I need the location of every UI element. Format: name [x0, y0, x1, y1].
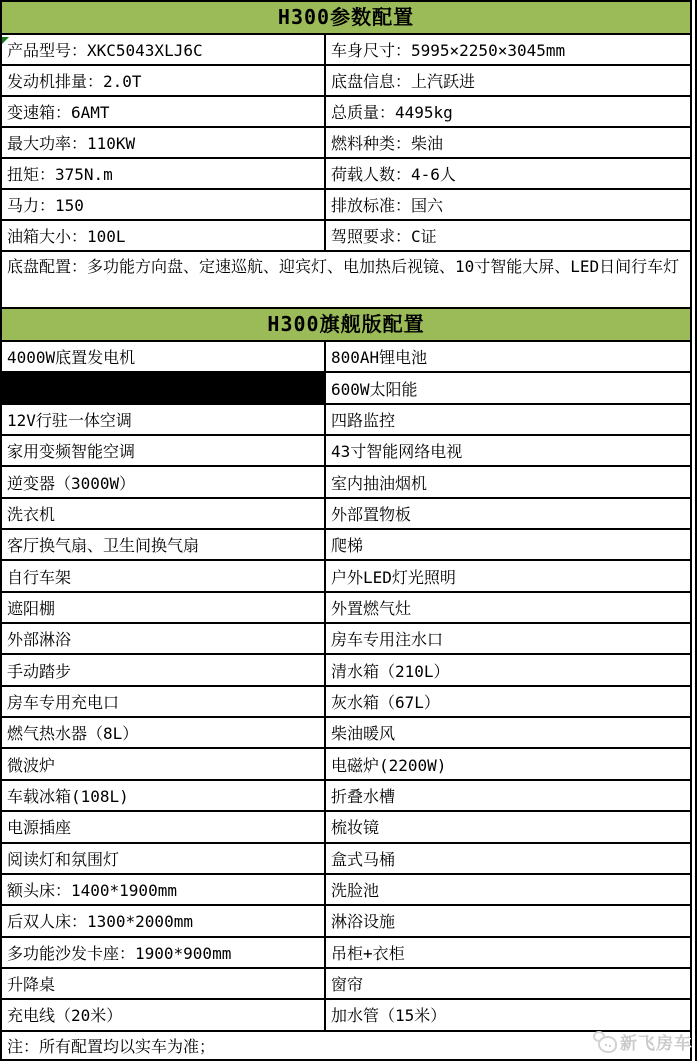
spec-cell-left: 油箱大小：100L	[2, 221, 326, 250]
spec-cell-left: 升降桌	[2, 969, 326, 998]
spec-cell-left: 马力：150	[2, 190, 326, 219]
spec-cell-right: 户外LED灯光照明	[326, 561, 690, 590]
table-row: 多功能沙发卡座：1900*900mm 吊柜+衣柜	[2, 938, 690, 969]
table-row: 后双人床：1300*2000mm 淋浴设施	[2, 906, 690, 937]
spec-cell-right: 外置燃气灶	[326, 593, 690, 622]
table-row: 外部淋浴 房车专用注水口	[2, 624, 690, 655]
spec-cell-left: 4000W底置发电机	[2, 342, 326, 371]
table-row: 客厅换气扇、卫生间换气扇 爬梯	[2, 530, 690, 561]
spec-cell-right: 淋浴设施	[326, 906, 690, 935]
spec-sheet: H300参数配置 产品型号：XKC5043XLJ6C 车身尺寸：5995×225…	[0, 0, 697, 1061]
spec-cell-left: 自行车架	[2, 561, 326, 590]
table-row: 微波炉 电磁炉(2200W)	[2, 749, 690, 780]
table-row: 4000W底置发电机 800AH锂电池	[2, 342, 690, 373]
table-row: 手动踏步 清水箱（210L）	[2, 655, 690, 686]
table-row: 额头床：1400*1900mm 洗脸池	[2, 875, 690, 906]
spec-cell-left: 洗衣机	[2, 499, 326, 528]
spec-cell-right: 四路监控	[326, 405, 690, 434]
spec-cell-left: 电源插座	[2, 812, 326, 841]
spec-cell-right: 电磁炉(2200W)	[326, 749, 690, 778]
spec-cell-right: 灰水箱（67L）	[326, 687, 690, 716]
redacted-cell	[2, 373, 326, 402]
spec-cell-right: 外部置物板	[326, 499, 690, 528]
spec-cell-left: 扭矩：375N.m	[2, 159, 326, 188]
table-row: 洗衣机 外部置物板	[2, 499, 690, 530]
section1-rows: 产品型号：XKC5043XLJ6C 车身尺寸：5995×2250×3045mm …	[2, 35, 690, 252]
watermark-text: 新飞房车	[620, 1029, 692, 1054]
table-row: 阅读灯和氛围灯 盒式马桶	[2, 844, 690, 875]
spec-cell-right: 窗帘	[326, 969, 690, 998]
spec-cell-left: 产品型号：XKC5043XLJ6C	[2, 35, 326, 64]
table-row: 升降桌 窗帘	[2, 969, 690, 1000]
spec-cell-left: 12V行驻一体空调	[2, 405, 326, 434]
spec-cell-right: 折叠水槽	[326, 781, 690, 810]
xinfei-rv-logo-icon	[593, 1031, 617, 1053]
spec-cell-left: 外部淋浴	[2, 624, 326, 653]
spec-cell-right: 800AH锂电池	[326, 342, 690, 371]
spec-cell-right: 柴油暖风	[326, 718, 690, 747]
spec-cell-right: 600W太阳能	[326, 373, 690, 402]
spec-cell-right: 室内抽油烟机	[326, 467, 690, 496]
spec-cell-left: 最大功率：110KW	[2, 128, 326, 157]
spec-cell-left: 后双人床：1300*2000mm	[2, 906, 326, 935]
spec-cell-left: 家用变频智能空调	[2, 436, 326, 465]
table-row: 产品型号：XKC5043XLJ6C 车身尺寸：5995×2250×3045mm	[2, 35, 690, 66]
note-row: 注：所有配置均以实车为准；	[2, 1032, 690, 1061]
spec-cell-left: 车载冰箱(108L)	[2, 781, 326, 810]
spec-cell-left: 燃气热水器（8L）	[2, 718, 326, 747]
spec-cell-right: 燃料种类：柴油	[326, 128, 690, 157]
spec-cell-right: 驾照要求：C证	[326, 221, 690, 250]
spec-cell-right: 梳妆镜	[326, 812, 690, 841]
table-row: 变速箱：6AMT 总质量：4495kg	[2, 97, 690, 128]
spec-cell-right: 吊柜+衣柜	[326, 938, 690, 967]
table-row: 逆变器（3000W） 室内抽油烟机	[2, 467, 690, 498]
section1-header: H300参数配置	[2, 2, 690, 35]
spec-cell-right: 底盘信息：上汽跃进	[326, 66, 690, 95]
spec-cell-left: 客厅换气扇、卫生间换气扇	[2, 530, 326, 559]
spec-cell-right: 43寸智能网络电视	[326, 436, 690, 465]
table-row: 自行车架 户外LED灯光照明	[2, 561, 690, 592]
spec-cell-left: 阅读灯和氛围灯	[2, 844, 326, 873]
table-row: 油箱大小：100L 驾照要求：C证	[2, 221, 690, 252]
table-row: 马力：150 排放标准：国六	[2, 190, 690, 221]
spec-cell-left: 遮阳棚	[2, 593, 326, 622]
table-row: 家用变频智能空调 43寸智能网络电视	[2, 436, 690, 467]
table-row: 遮阳棚 外置燃气灶	[2, 593, 690, 624]
excel-error-triangle-icon	[2, 37, 9, 44]
spec-cell-right: 盒式马桶	[326, 844, 690, 873]
spec-cell-right: 房车专用注水口	[326, 624, 690, 653]
spec-cell-left: 房车专用充电口	[2, 687, 326, 716]
spec-cell-right: 清水箱（210L）	[326, 655, 690, 684]
spec-cell-left: 变速箱：6AMT	[2, 97, 326, 126]
spec-cell-left: 手动踏步	[2, 655, 326, 684]
spec-table: H300参数配置 产品型号：XKC5043XLJ6C 车身尺寸：5995×225…	[0, 0, 692, 1061]
spec-cell-right: 总质量：4495kg	[326, 97, 690, 126]
table-row: 发动机排量：2.0T 底盘信息：上汽跃进	[2, 66, 690, 97]
spec-cell-left: 微波炉	[2, 749, 326, 778]
spec-cell-left: 额头床：1400*1900mm	[2, 875, 326, 904]
spec-cell-right: 爬梯	[326, 530, 690, 559]
spec-cell-left: 发动机排量：2.0T	[2, 66, 326, 95]
spec-cell-right: 洗脸池	[326, 875, 690, 904]
table-row: 充电线（20米） 加水管（15米）	[2, 1000, 690, 1031]
table-row: 扭矩：375N.m 荷载人数：4-6人	[2, 159, 690, 190]
table-row: 车载冰箱(108L) 折叠水槽	[2, 781, 690, 812]
chassis-config-row: 底盘配置：多功能方向盘、定速巡航、迎宾灯、电加热后视镜、10寸智能大屏、LED日…	[2, 252, 690, 309]
table-row: 房车专用充电口 灰水箱（67L）	[2, 687, 690, 718]
watermark: 新飞房车	[593, 1029, 692, 1054]
spec-cell-left: 充电线（20米）	[2, 1000, 326, 1029]
section2-header: H300旗舰版配置	[2, 309, 690, 342]
spec-cell-right: 车身尺寸：5995×2250×3045mm	[326, 35, 690, 64]
section2-rows: 4000W底置发电机 800AH锂电池 600W太阳能 12V行驻一体空调 四路…	[2, 342, 690, 1032]
table-row: 燃气热水器（8L） 柴油暖风	[2, 718, 690, 749]
table-row: 12V行驻一体空调 四路监控	[2, 405, 690, 436]
spec-cell-left: 多功能沙发卡座：1900*900mm	[2, 938, 326, 967]
table-row: 600W太阳能	[2, 373, 690, 404]
spec-cell-right: 荷载人数：4-6人	[326, 159, 690, 188]
spec-cell-right: 排放标准：国六	[326, 190, 690, 219]
table-row: 最大功率：110KW 燃料种类：柴油	[2, 128, 690, 159]
spec-cell-right: 加水管（15米）	[326, 1000, 690, 1029]
spec-cell-left: 逆变器（3000W）	[2, 467, 326, 496]
table-row: 电源插座 梳妆镜	[2, 812, 690, 843]
